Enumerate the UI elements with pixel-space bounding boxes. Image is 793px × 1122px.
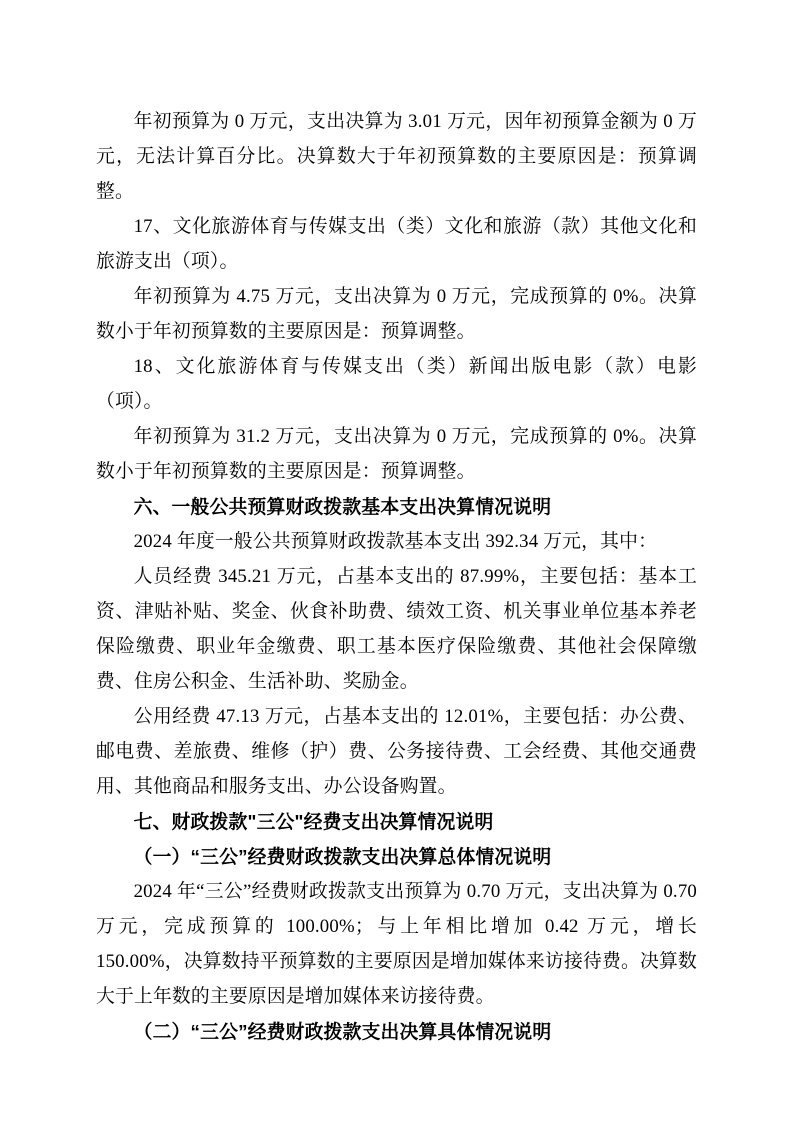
paragraph: 公用经费 47.13 万元，占基本支出的 12.01%，主要包括：办公费、邮电费… xyxy=(96,699,697,804)
paragraph: 2024 年“三公”经费财政拨款支出预算为 0.70 万元，支出决算为 0.70… xyxy=(96,874,697,1014)
paragraph: 2024 年度一般公共预算财政拨款基本支出 392.34 万元，其中： xyxy=(96,524,697,559)
paragraph: 17、文化旅游体育与传媒支出（类）文化和旅游（款）其他文化和旅游支出（项）。 xyxy=(96,209,697,279)
section-heading: （二）“三公”经费财政拨款支出决算具体情况说明 xyxy=(96,1014,697,1049)
paragraph: 年初预算为 4.75 万元，支出决算为 0 万元，完成预算的 0%。决算数小于年… xyxy=(96,279,697,349)
paragraph: 年初预算为 31.2 万元，支出决算为 0 万元，完成预算的 0%。决算数小于年… xyxy=(96,419,697,489)
section-heading: （一）“三公”经费财政拨款支出决算总体情况说明 xyxy=(96,839,697,874)
paragraph: 人员经费 345.21 万元，占基本支出的 87.99%，主要包括：基本工资、津… xyxy=(96,559,697,699)
paragraph: 年初预算为 0 万元，支出决算为 3.01 万元，因年初预算金额为 0 万元，无… xyxy=(96,104,697,209)
section-heading: 七、财政拨款"三公"经费支出决算情况说明 xyxy=(96,804,697,839)
paragraph: 18、文化旅游体育与传媒支出（类）新闻出版电影（款）电影（项）。 xyxy=(96,349,697,419)
document-page: 年初预算为 0 万元，支出决算为 3.01 万元，因年初预算金额为 0 万元，无… xyxy=(0,0,793,1122)
document-body: 年初预算为 0 万元，支出决算为 3.01 万元，因年初预算金额为 0 万元，无… xyxy=(96,104,697,1049)
section-heading: 六、一般公共预算财政拨款基本支出决算情况说明 xyxy=(96,489,697,524)
